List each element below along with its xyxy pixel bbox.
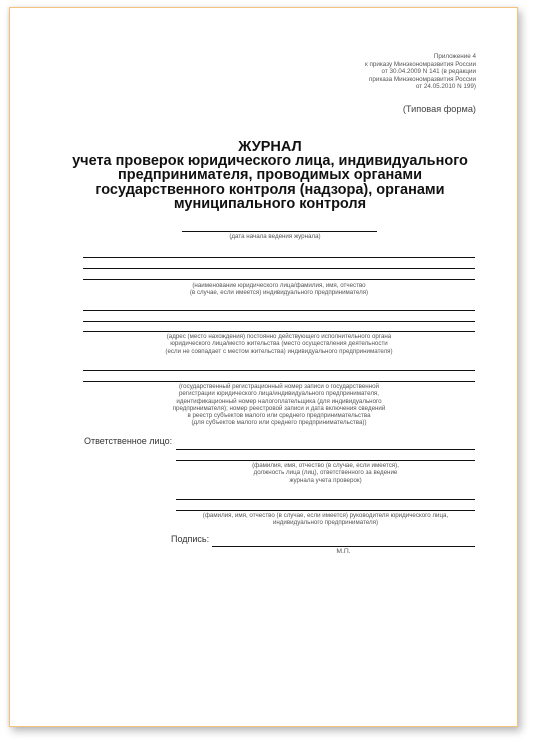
caption-line: (фамилия, имя, отчество (в случае, если …: [176, 462, 475, 469]
caption-line: юридического лица/место жительства (мест…: [83, 340, 475, 347]
appendix-line: Приложение 4: [300, 53, 476, 61]
address-line[interactable]: [83, 310, 475, 311]
start-date-caption: (дата начала ведения журнала): [150, 233, 400, 240]
entity-name-line[interactable]: [83, 257, 475, 258]
appendix-line: от 24.05.2010 N 199): [300, 83, 476, 91]
responsible-person-line[interactable]: [176, 449, 475, 450]
title-line: учета проверок юридического лица, индиви…: [60, 154, 480, 168]
appendix-line: приказа Минэкономразвития России: [300, 76, 476, 84]
start-date-line[interactable]: [182, 231, 377, 232]
caption-line: регистрации юридического лица/индивидуал…: [83, 390, 475, 397]
caption-line: (фамилия, имя, отчество (в случае, если …: [176, 512, 475, 519]
caption-line: идентификационный номер налогоплательщик…: [83, 398, 475, 405]
appendix-line: к приказу Минэкономразвития России: [300, 61, 476, 69]
address-caption: (адрес (место нахождения) постоянно дейс…: [83, 333, 475, 355]
appendix-reference: Приложение 4 к приказу Минэкономразвития…: [300, 53, 476, 91]
caption-line: (для субъектов малого или среднего предп…: [83, 419, 475, 426]
title-line: муниципального контроля: [60, 197, 480, 211]
caption-line: (наименование юридического лица/фамилия,…: [83, 282, 475, 289]
caption-line: (в случае, если имеется) индивидуального…: [83, 289, 475, 296]
caption-line: должность лица (лиц), ответственного за …: [176, 469, 475, 476]
head-name-line[interactable]: [176, 499, 475, 500]
caption-line: (государственный регистрационный номер з…: [83, 383, 475, 390]
caption-line: (если не совпадает с местом жительства) …: [83, 348, 475, 355]
title-line: ЖУРНАЛ: [60, 140, 480, 154]
registration-line[interactable]: [83, 370, 475, 371]
caption-line: в реестр субъектов малого или среднего п…: [83, 412, 475, 419]
registration-line[interactable]: [83, 381, 475, 382]
caption-line: индивидуального предпринимателя): [176, 519, 475, 526]
title-line: государственного контроля (надзора), орг…: [60, 183, 480, 197]
document-page: [9, 7, 518, 727]
address-line[interactable]: [83, 321, 475, 322]
responsible-person-label: Ответственное лицо:: [84, 436, 172, 446]
form-type-label: (Типовая форма): [330, 104, 476, 114]
entity-name-caption: (наименование юридического лица/фамилия,…: [83, 282, 475, 297]
stamp-caption: М.П.: [212, 548, 475, 555]
responsible-person-line[interactable]: [176, 460, 475, 461]
title-line: предпринимателя, проводимых органами: [60, 168, 480, 182]
responsible-person-caption: (фамилия, имя, отчество (в случае, если …: [176, 462, 475, 484]
address-line[interactable]: [83, 331, 475, 332]
signature-line[interactable]: [212, 546, 475, 547]
document-title: ЖУРНАЛ учета проверок юридического лица,…: [60, 140, 480, 211]
head-name-line[interactable]: [176, 510, 475, 511]
caption-line: (адрес (место нахождения) постоянно дейс…: [83, 333, 475, 340]
entity-name-line[interactable]: [83, 279, 475, 280]
head-name-caption: (фамилия, имя, отчество (в случае, если …: [176, 512, 475, 527]
signature-label: Подпись:: [171, 534, 209, 544]
entity-name-line[interactable]: [83, 268, 475, 269]
registration-caption: (государственный регистрационный номер з…: [83, 383, 475, 427]
caption-line: журнала учета проверок): [176, 477, 475, 484]
caption-line: предпринимателя); номер реестровой запис…: [83, 405, 475, 412]
appendix-line: от 30.04.2009 N 141 (в редакции: [300, 68, 476, 76]
